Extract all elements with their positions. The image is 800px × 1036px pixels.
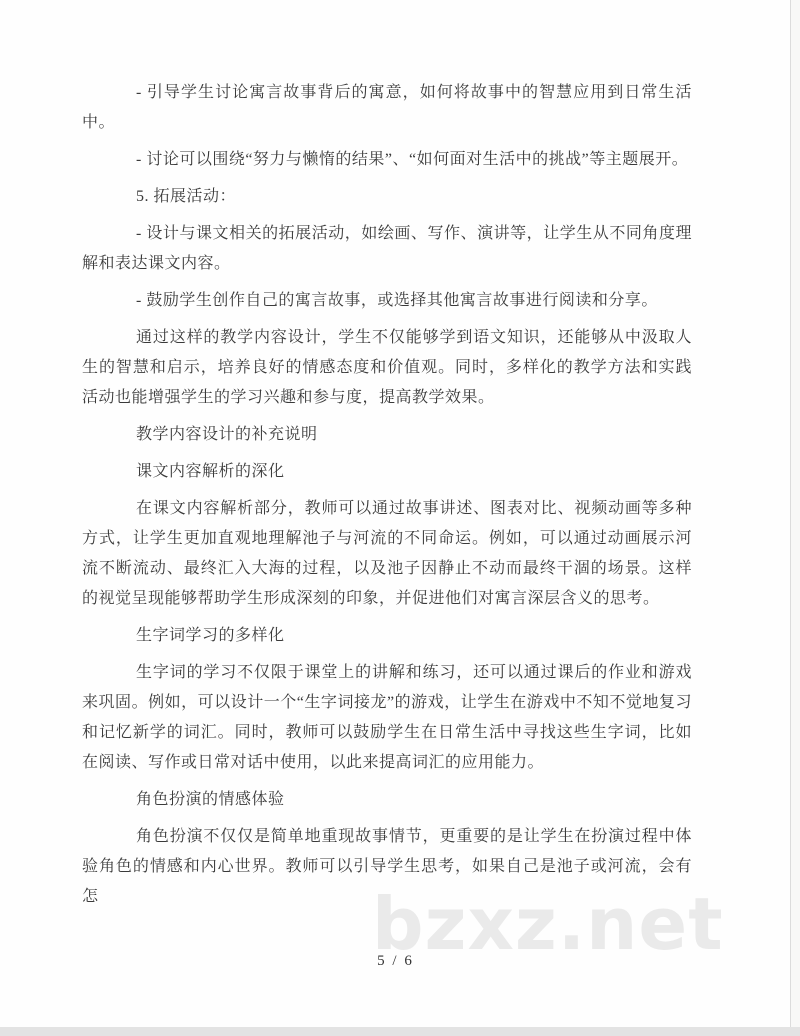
paragraph-body: 生字词的学习不仅限于课堂上的讲解和练习，还可以通过课后的作业和游戏来巩固。例如，… — [82, 658, 692, 778]
paragraph-bullet: - 鼓励学生创作自己的寓言故事，或选择其他寓言故事进行阅读和分享。 — [82, 286, 692, 316]
paragraph-bullet: - 引导学生讨论寓言故事背后的寓意，如何将故事中的智慧应用到日常生活中。 — [82, 78, 692, 138]
document-body: - 引导学生讨论寓言故事背后的寓意，如何将故事中的智慧应用到日常生活中。- 讨论… — [82, 78, 692, 919]
paragraph-body: 角色扮演不仅仅是简单地重现故事情节，更重要的是让学生在扮演过程中体验角色的情感和… — [82, 822, 692, 912]
paragraph-bullet: - 讨论可以围绕“努力与懒惰的结果”、“如何面对生活中的挑战”等主题展开。 — [82, 145, 692, 175]
paragraph-body: 通过这样的教学内容设计，学生不仅能够学到语文知识，还能够从中汲取人生的智慧和启示… — [82, 323, 692, 413]
document-viewer: bzxz.net - 引导学生讨论寓言故事背后的寓意，如何将故事中的智慧应用到日… — [0, 0, 800, 1036]
viewer-background-strip — [0, 1027, 800, 1036]
paragraph-numbered-heading: 5. 拓展活动： — [82, 182, 692, 212]
paragraph-subheading: 课文内容解析的深化 — [82, 457, 692, 487]
paragraph-subheading: 生字词学习的多样化 — [82, 621, 692, 651]
paragraph-body: 在课文内容解析部分，教师可以通过故事讲述、图表对比、视频动画等多种方式，让学生更… — [82, 494, 692, 614]
paragraph-subheading: 角色扮演的情感体验 — [82, 785, 692, 815]
page-right-gutter — [791, 0, 800, 1027]
document-page: bzxz.net - 引导学生讨论寓言故事背后的寓意，如何将故事中的智慧应用到日… — [0, 0, 791, 1027]
page-number: 5 / 6 — [0, 953, 791, 970]
paragraph-subheading: 教学内容设计的补充说明 — [82, 420, 692, 450]
paragraph-bullet: - 设计与课文相关的拓展活动，如绘画、写作、演讲等，让学生从不同角度理解和表达课… — [82, 219, 692, 279]
